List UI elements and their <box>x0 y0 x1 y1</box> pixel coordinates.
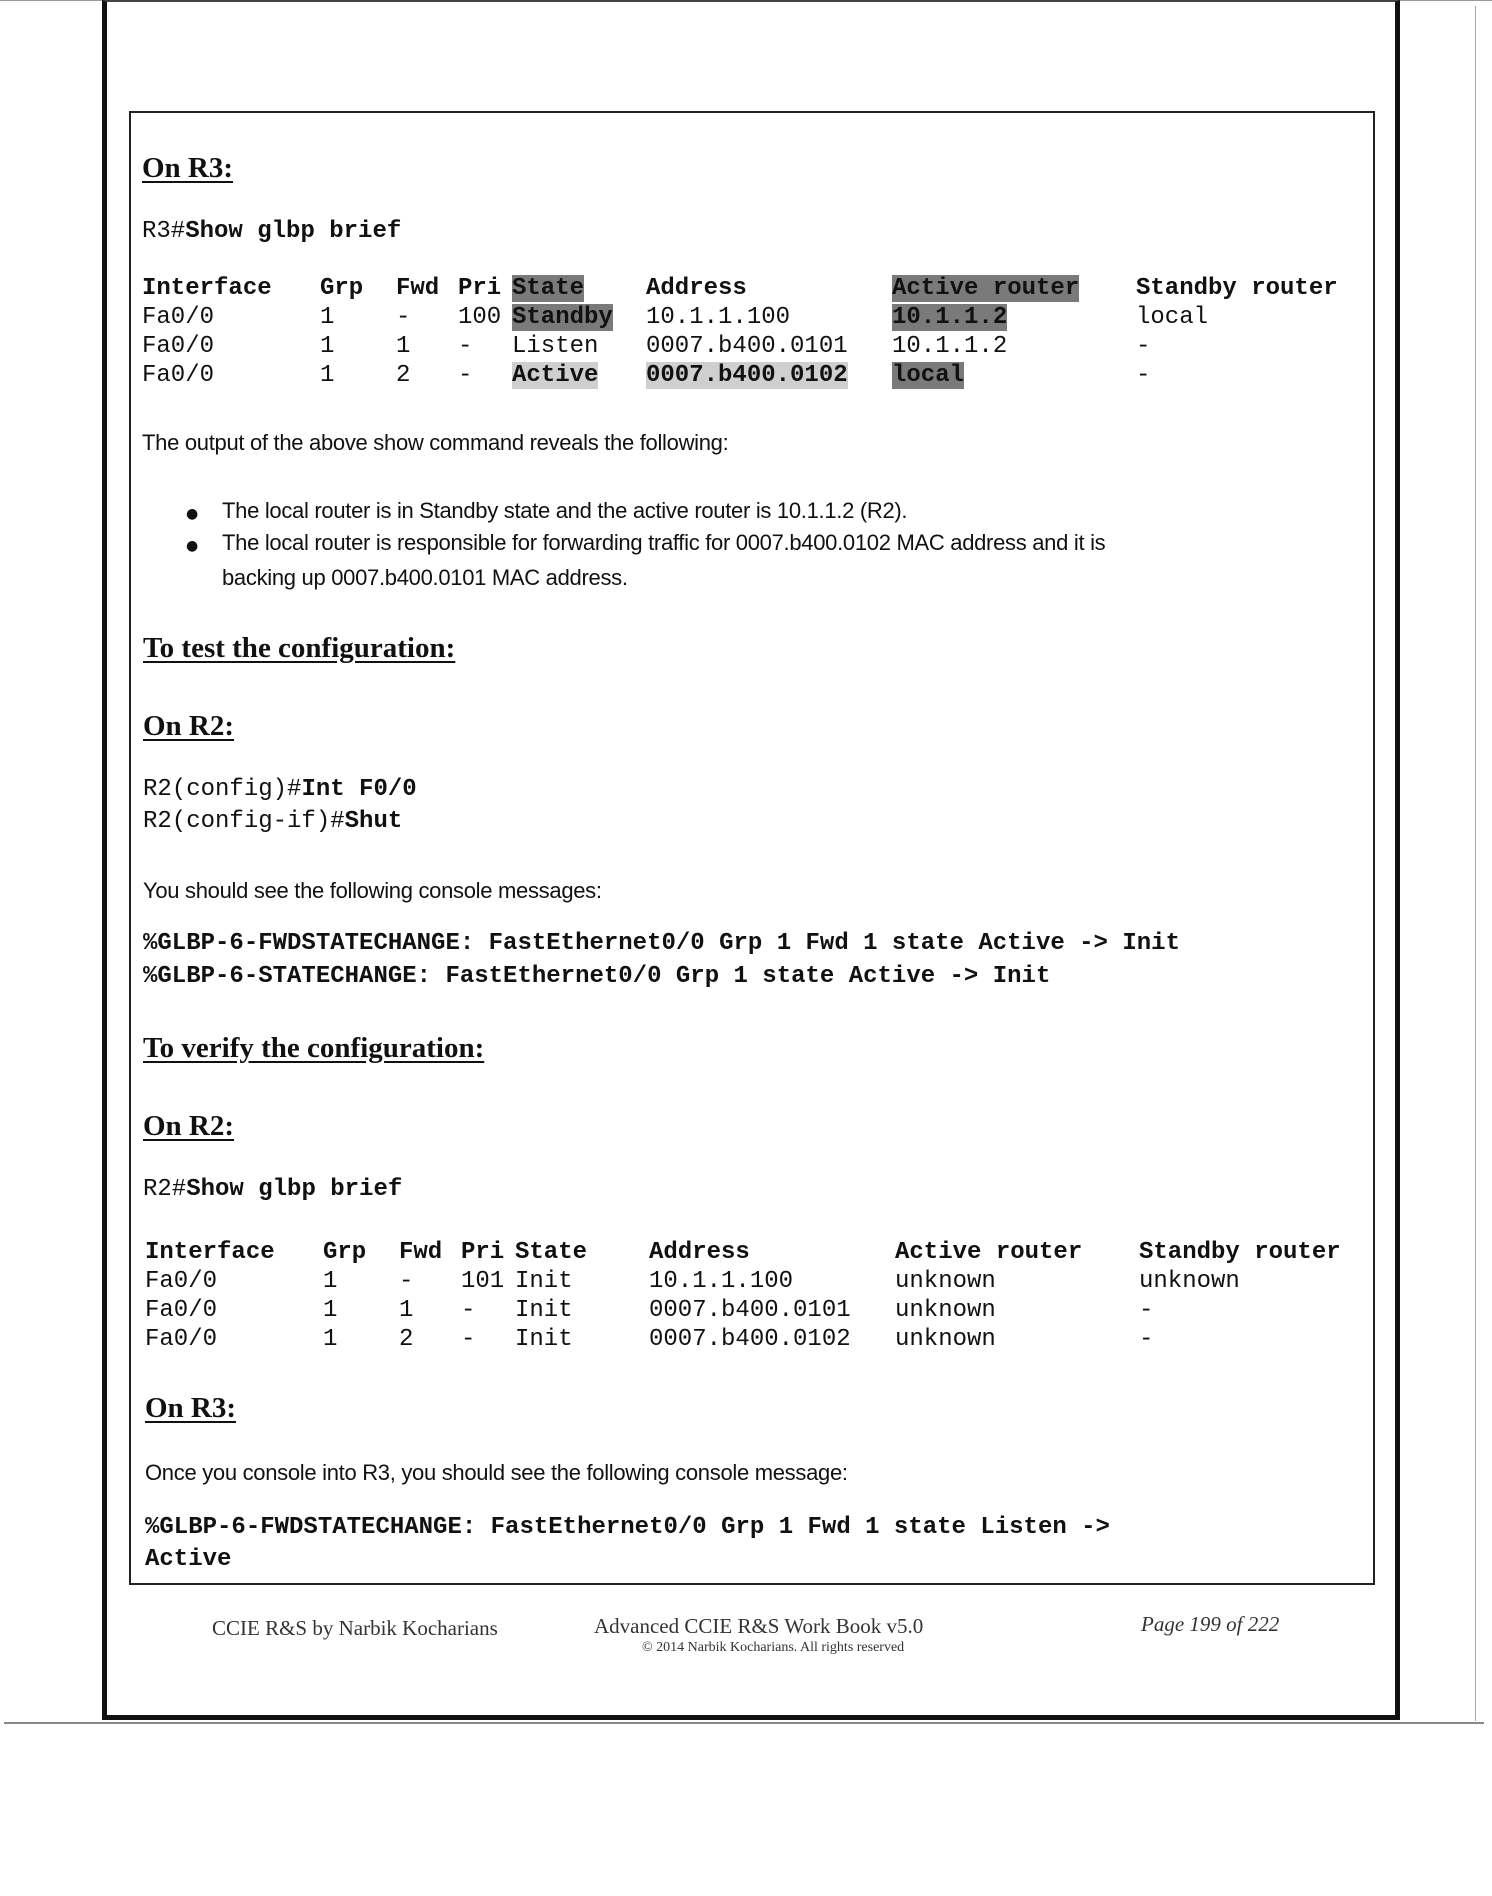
section-heading-verify: To verify the configuration: <box>143 1032 484 1065</box>
footer-book-title: Advanced CCIE R&S Work Book v5.0 <box>594 1614 923 1639</box>
table-cell: Init <box>515 1297 573 1324</box>
table-cell: 10.1.1.2 <box>892 304 1007 331</box>
table-cell: Address <box>646 275 747 302</box>
section-heading-on-r2-verify: On R2: <box>143 1110 234 1143</box>
scan-edge-right <box>1475 6 1476 1721</box>
table-cell: - <box>396 304 410 331</box>
table-cell: Interface <box>142 275 272 302</box>
command-text: Show glbp brief <box>186 1176 402 1203</box>
command-prompt: R2# <box>143 1176 186 1203</box>
command-text: Int F0/0 <box>301 776 416 803</box>
table-cell: 1 <box>396 333 410 360</box>
table-cell: 10.1.1.100 <box>646 304 790 331</box>
table-cell: 10.1.1.2 <box>892 333 1007 360</box>
table-cell: - <box>1139 1326 1153 1353</box>
table-cell: 100 <box>458 304 501 331</box>
table-header-row: InterfaceGrpFwdPriStateAddressActive rou… <box>145 1238 1341 1267</box>
table-cell: - <box>1136 333 1150 360</box>
table-row: Fa0/012-Active0007.b400.0102local- <box>142 361 1338 390</box>
table-cell: unknown <box>895 1268 996 1295</box>
table-row: Fa0/011-Init0007.b400.0101unknown- <box>145 1296 1341 1325</box>
table-cell: Standby router <box>1136 275 1338 302</box>
bullet-icon: ● <box>186 506 198 522</box>
table-header-row: InterfaceGrpFwdPriStateAddressActive rou… <box>142 274 1338 303</box>
table-cell: Interface <box>145 1239 275 1266</box>
glbp-brief-table-r3: InterfaceGrpFwdPriStateAddressActive rou… <box>142 274 1338 390</box>
console-message-2: %GLBP-6-STATECHANGE: FastEthernet0/0 Grp… <box>143 963 1050 990</box>
table-cell: 2 <box>396 362 410 389</box>
table-cell: Active router <box>895 1239 1082 1266</box>
table-row: Fa0/011-Listen0007.b400.010110.1.1.2- <box>142 332 1338 361</box>
table-cell: Grp <box>320 275 363 302</box>
section-heading-on-r3-final: On R3: <box>145 1392 236 1425</box>
table-cell: 1 <box>320 333 334 360</box>
table-row: Fa0/01-100Standby10.1.1.10010.1.1.2local <box>142 303 1338 332</box>
section-heading-on-r3: On R3: <box>142 152 233 185</box>
table-cell: 0007.b400.0102 <box>649 1326 851 1353</box>
bullet-item-2-cont: backing up 0007.b400.0101 MAC address. <box>222 565 628 591</box>
table-cell: Fwd <box>396 275 439 302</box>
table-cell: Fa0/0 <box>145 1268 217 1295</box>
command-prompt: R3# <box>142 218 185 245</box>
table-cell: State <box>515 1239 587 1266</box>
table-cell: 1 <box>323 1297 337 1324</box>
scan-edge-bottom <box>4 1722 1484 1724</box>
output-intro: The output of the above show command rev… <box>142 430 728 456</box>
table-cell: - <box>458 362 472 389</box>
table-cell: Fa0/0 <box>145 1297 217 1324</box>
table-cell: Standby router <box>1139 1239 1341 1266</box>
table-cell: Pri <box>461 1239 504 1266</box>
table-cell: Init <box>515 1268 573 1295</box>
table-cell: local <box>1136 304 1208 331</box>
console-message-r3-line1: %GLBP-6-FWDSTATECHANGE: FastEthernet0/0 … <box>145 1514 1110 1541</box>
table-cell: 1 <box>323 1268 337 1295</box>
table-cell: Fa0/0 <box>145 1326 217 1353</box>
footer-copyright: © 2014 Narbik Kocharians. All rights res… <box>642 1640 904 1656</box>
bullet-item-2: The local router is responsible for forw… <box>222 530 1105 556</box>
table-cell: Fa0/0 <box>142 362 214 389</box>
table-cell: Pri <box>458 275 501 302</box>
table-cell: Standby <box>512 304 613 331</box>
table-cell: Fa0/0 <box>142 333 214 360</box>
table-row: Fa0/01-101Init10.1.1.100unknownunknown <box>145 1267 1341 1296</box>
console-intro: You should see the following console mes… <box>143 878 602 904</box>
table-cell: 0007.b400.0102 <box>646 362 848 389</box>
table-cell: 2 <box>399 1326 413 1353</box>
table-cell: 1 <box>320 304 334 331</box>
table-cell: - <box>461 1326 475 1353</box>
table-cell: 1 <box>320 362 334 389</box>
table-cell: unknown <box>895 1297 996 1324</box>
command-line: R3#Show glbp brief <box>142 218 401 245</box>
table-cell: Active router <box>892 275 1079 302</box>
footer-author: CCIE R&S by Narbik Kocharians <box>212 1616 498 1641</box>
command-prompt: R2(config)# <box>143 776 301 803</box>
table-cell: 1 <box>399 1297 413 1324</box>
table-cell: Init <box>515 1326 573 1353</box>
table-cell: 0007.b400.0101 <box>646 333 848 360</box>
command-prompt: R2(config-if)# <box>143 808 345 835</box>
table-row: Fa0/012-Init0007.b400.0102unknown- <box>145 1325 1341 1354</box>
table-cell: 1 <box>323 1326 337 1353</box>
console-message-r3-line2: Active <box>145 1546 231 1573</box>
table-cell: - <box>399 1268 413 1295</box>
console-intro-r3: Once you console into R3, you should see… <box>145 1460 848 1486</box>
table-cell: Fwd <box>399 1239 442 1266</box>
table-cell: State <box>512 275 584 302</box>
table-cell: Fa0/0 <box>142 304 214 331</box>
table-cell: local <box>892 362 964 389</box>
command-text: Show glbp brief <box>185 218 401 245</box>
table-cell: 10.1.1.100 <box>649 1268 793 1295</box>
footer-page-number: Page 199 of 222 <box>1141 1612 1279 1637</box>
table-cell: Listen <box>512 333 598 360</box>
table-cell: - <box>1139 1297 1153 1324</box>
section-heading-test: To test the configuration: <box>143 632 455 665</box>
config-command-1: R2(config)#Int F0/0 <box>143 776 417 803</box>
table-cell: 101 <box>461 1268 504 1295</box>
command-text: Shut <box>345 808 403 835</box>
table-cell: - <box>1136 362 1150 389</box>
glbp-brief-table-r2: InterfaceGrpFwdPriStateAddressActive rou… <box>145 1238 1341 1354</box>
table-cell: Active <box>512 362 598 389</box>
table-cell: - <box>458 333 472 360</box>
table-cell: unknown <box>895 1326 996 1353</box>
config-command-2: R2(config-if)#Shut <box>143 808 402 835</box>
console-message-1: %GLBP-6-FWDSTATECHANGE: FastEthernet0/0 … <box>143 930 1180 957</box>
section-heading-on-r2: On R2: <box>143 710 234 743</box>
table-cell: Grp <box>323 1239 366 1266</box>
table-cell: - <box>461 1297 475 1324</box>
bullet-icon: ● <box>186 538 198 554</box>
table-cell: 0007.b400.0101 <box>649 1297 851 1324</box>
table-cell: Address <box>649 1239 750 1266</box>
table-cell: unknown <box>1139 1268 1240 1295</box>
command-line-r2: R2#Show glbp brief <box>143 1176 402 1203</box>
bullet-item-1: The local router is in Standby state and… <box>222 498 907 524</box>
